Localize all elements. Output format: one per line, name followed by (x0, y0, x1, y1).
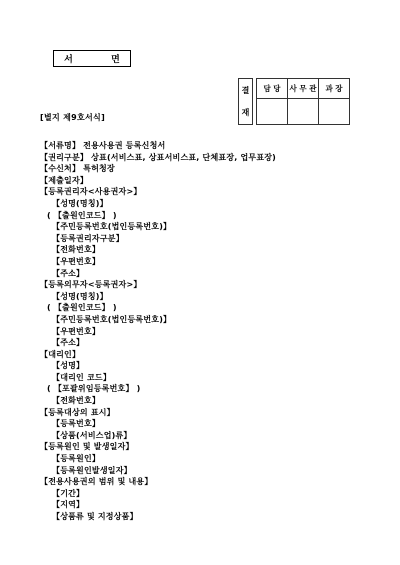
field-cause-date: 【등록원인발생일자】 (40, 465, 396, 477)
field-name: 【성명(명칭)】 (40, 291, 396, 303)
approval-signature-cell (318, 99, 349, 124)
field-resident-reg-number: 【주민등록번호(법인등록번호)】 (40, 314, 396, 326)
approval-signature-cell (287, 99, 318, 124)
field-resident-reg-number: 【주민등록번호(법인등록번호)】 (40, 221, 396, 233)
field-period: 【기간】 (40, 488, 396, 500)
annex-form-label: [별지 제9호서식] (40, 112, 105, 123)
field-region: 【지역】 (40, 499, 396, 511)
field-right-category: 【권리구분】 상표(서비스표, 상표서비스표, 단체표장, 업무표장) (40, 152, 396, 164)
field-rightholder-type: 【등록권리자구분】 (40, 233, 396, 245)
field-document-name: 【서류명】 전용사용권 등록신청서 (40, 140, 396, 152)
section-registration-obligor: 【등록의무자<등록권자>】 (40, 279, 396, 291)
field-name: 【성명(명칭)】 (40, 198, 396, 210)
field-agent-name: 【성명】 (40, 360, 396, 372)
field-goods-class: 【상품(서비스업)류】 (40, 430, 396, 442)
field-postal-code: 【우편번호】 (40, 326, 396, 338)
document-title: 서 면 (64, 52, 120, 65)
approval-grid: 담 당 사 무 관 과 장 (256, 78, 350, 125)
field-address: 【주소】 (40, 337, 396, 349)
section-registration-cause: 【등록원인 및 발생일자】 (40, 441, 396, 453)
field-designated-goods: 【상품류 및 지정상품】 (40, 511, 396, 523)
approval-stamp-top: 결 (242, 86, 250, 95)
form-field-list: 【서류명】 전용사용권 등록신청서 【권리구분】 상표(서비스표, 상표서비스표… (40, 140, 396, 523)
section-agent: 【대리인】 (40, 349, 396, 361)
field-agent-code: 【대리인 코드】 (40, 372, 396, 384)
document-page: 서 면 결 재 담 당 사 무 관 과 장 [별지 제9호서식] 【서류명】 전… (0, 0, 400, 565)
approval-stamp-bottom: 재 (242, 108, 250, 117)
approval-signature-cell (257, 99, 287, 124)
field-postal-code: 【우편번호】 (40, 256, 396, 268)
approval-stamp-cell: 결 재 (238, 78, 253, 125)
approval-signature-row (257, 99, 349, 124)
field-addressee: 【수신처】 특허청장 (40, 163, 396, 175)
approval-header-row: 담 당 사 무 관 과 장 (257, 79, 349, 99)
field-address: 【주소】 (40, 268, 396, 280)
approval-col-staff: 담 당 (257, 79, 287, 98)
field-phone-number: 【전화번호】 (40, 244, 396, 256)
field-submission-date: 【제출일자】 (40, 175, 396, 187)
approval-col-deputy-director: 사 무 관 (287, 79, 318, 98)
field-general-poa-number: ( 【포괄위임등록번호】 ) (40, 383, 396, 395)
field-applicant-code: ( 【출원인코드】 ) (40, 210, 396, 222)
approval-signoff-table: 결 재 담 당 사 무 관 과 장 (238, 78, 350, 125)
approval-col-director: 과 장 (318, 79, 349, 98)
field-applicant-code: ( 【출원인코드】 ) (40, 302, 396, 314)
section-registration-rightholder: 【등록권리자<사용권자>】 (40, 186, 396, 198)
field-agent-phone-number: 【전화번호】 (40, 395, 396, 407)
field-registration-number: 【등록번호】 (40, 418, 396, 430)
section-license-scope: 【전용사용권의 범위 및 내용】 (40, 476, 396, 488)
section-registration-target: 【등록대상의 표시】 (40, 407, 396, 419)
document-title-box: 서 면 (53, 50, 131, 67)
field-registration-cause: 【등록원인】 (40, 453, 396, 465)
